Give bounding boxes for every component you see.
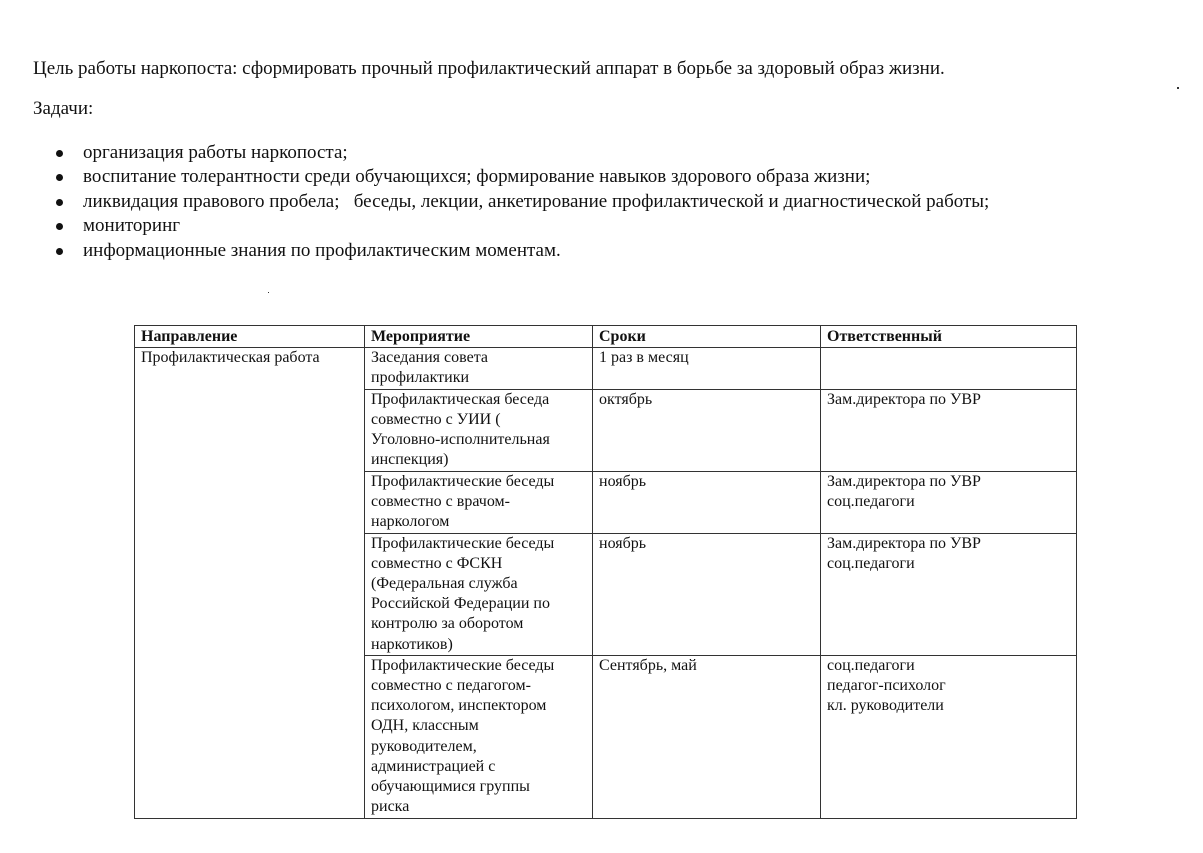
header-term: Сроки [593,326,821,348]
responsible-cell: Зам.директора по УВР [821,389,1077,471]
task-item: информационные знания по профилактически… [55,239,989,263]
event-cell: Профилактические беседысовместно с ФСКН(… [365,533,593,655]
cell-line: Российской Федерации по [371,594,586,614]
task-item: организация работы наркопоста; [55,141,989,165]
cell-line: Профилактические беседы [371,534,586,554]
cell-line: администрацией с [371,757,586,777]
cell-line: ноябрь [599,534,814,554]
cell-line: ноябрь [599,472,814,492]
task-item: мониторинг [55,214,989,238]
term-cell: ноябрь [593,533,821,655]
cell-line: Уголовно-исполнительная [371,430,586,450]
cell-line: психологом, инспектором [371,696,586,716]
cell-line: Сентябрь, май [599,656,814,676]
cell-line: профилактики [371,368,586,388]
cell-line: совместно с педагогом- [371,676,586,696]
cell-line: кл. руководители [827,696,1070,716]
cell-line: совместно с врачом- [371,492,586,512]
bullet-icon [56,174,63,181]
cell-line: совместно с ФСКН [371,554,586,574]
cell-line: наркологом [371,512,586,532]
term-cell: октябрь [593,389,821,471]
cell-line: обучающимися группы [371,777,586,797]
cell-line: соц.педагоги [827,492,1070,512]
tasks-list: организация работы наркопоста; воспитани… [55,141,989,263]
responsible-cell: соц.педагогипедагог-психологкл. руководи… [821,655,1077,818]
cell-line: руководителем, [371,737,586,757]
cell-line: наркотиков) [371,635,586,655]
table-row: Профилактическая работа Заседания совета… [135,348,1077,389]
task-item: воспитание толерантности среди обучающих… [55,165,989,189]
term-cell: ноябрь [593,471,821,533]
task-item: ликвидация правового пробела; беседы, ле… [55,190,989,214]
responsible-cell [821,348,1077,389]
cell-line: ОДН, классным [371,716,586,736]
bullet-icon [56,199,63,206]
cell-line: соц.педагоги [827,554,1070,574]
table-body: Профилактическая работа Заседания совета… [135,348,1077,819]
direction-cell: Профилактическая работа [135,348,365,819]
header-direction: Направление [135,326,365,348]
scan-speck [1177,87,1179,89]
cell-line: совместно с УИИ ( [371,410,586,430]
table-header-row: Направление Мероприятие Сроки Ответствен… [135,326,1077,348]
cell-line: Профилактическая беседа [371,390,586,410]
cell-line: 1 раз в месяц [599,348,814,368]
bullet-icon [56,223,63,230]
cell-line: Профилактические беседы [371,472,586,492]
event-cell: Профилактические беседысовместно с врачо… [365,471,593,533]
activity-plan-table: Направление Мероприятие Сроки Ответствен… [134,325,1077,819]
goal-statement: Цель работы наркопоста: сформировать про… [33,58,945,80]
task-text: информационные знания по профилактически… [83,240,561,261]
scan-speck [268,292,269,293]
term-cell: 1 раз в месяц [593,348,821,389]
term-cell: Сентябрь, май [593,655,821,818]
cell-line: Зам.директора по УВР [827,390,1070,410]
cell-line: соц.педагоги [827,656,1070,676]
cell-line: педагог-психолог [827,676,1070,696]
tasks-heading: Задачи: [33,98,93,120]
cell-line: контролю за оборотом [371,614,586,634]
cell-line: инспекция) [371,450,586,470]
cell-line: Зам.директора по УВР [827,472,1070,492]
cell-line: Профилактические беседы [371,656,586,676]
task-text: воспитание толерантности среди обучающих… [83,166,870,187]
event-cell: Профилактические беседысовместно с педаг… [365,655,593,818]
responsible-cell: Зам.директора по УВРсоц.педагоги [821,471,1077,533]
header-event: Мероприятие [365,326,593,348]
task-text: организация работы наркопоста; [83,142,348,163]
task-text: ликвидация правового пробела; беседы, ле… [83,191,989,212]
cell-line: октябрь [599,390,814,410]
responsible-cell: Зам.директора по УВРсоц.педагоги [821,533,1077,655]
header-responsible: Ответственный [821,326,1077,348]
bullet-icon [56,248,63,255]
cell-line: риска [371,797,586,817]
event-cell: Профилактическая беседасовместно с УИИ (… [365,389,593,471]
task-text: мониторинг [83,215,180,236]
cell-line: (Федеральная служба [371,574,586,594]
event-cell: Заседания советапрофилактики [365,348,593,389]
cell-line: Зам.директора по УВР [827,534,1070,554]
bullet-icon [56,150,63,157]
cell-line: Заседания совета [371,348,586,368]
